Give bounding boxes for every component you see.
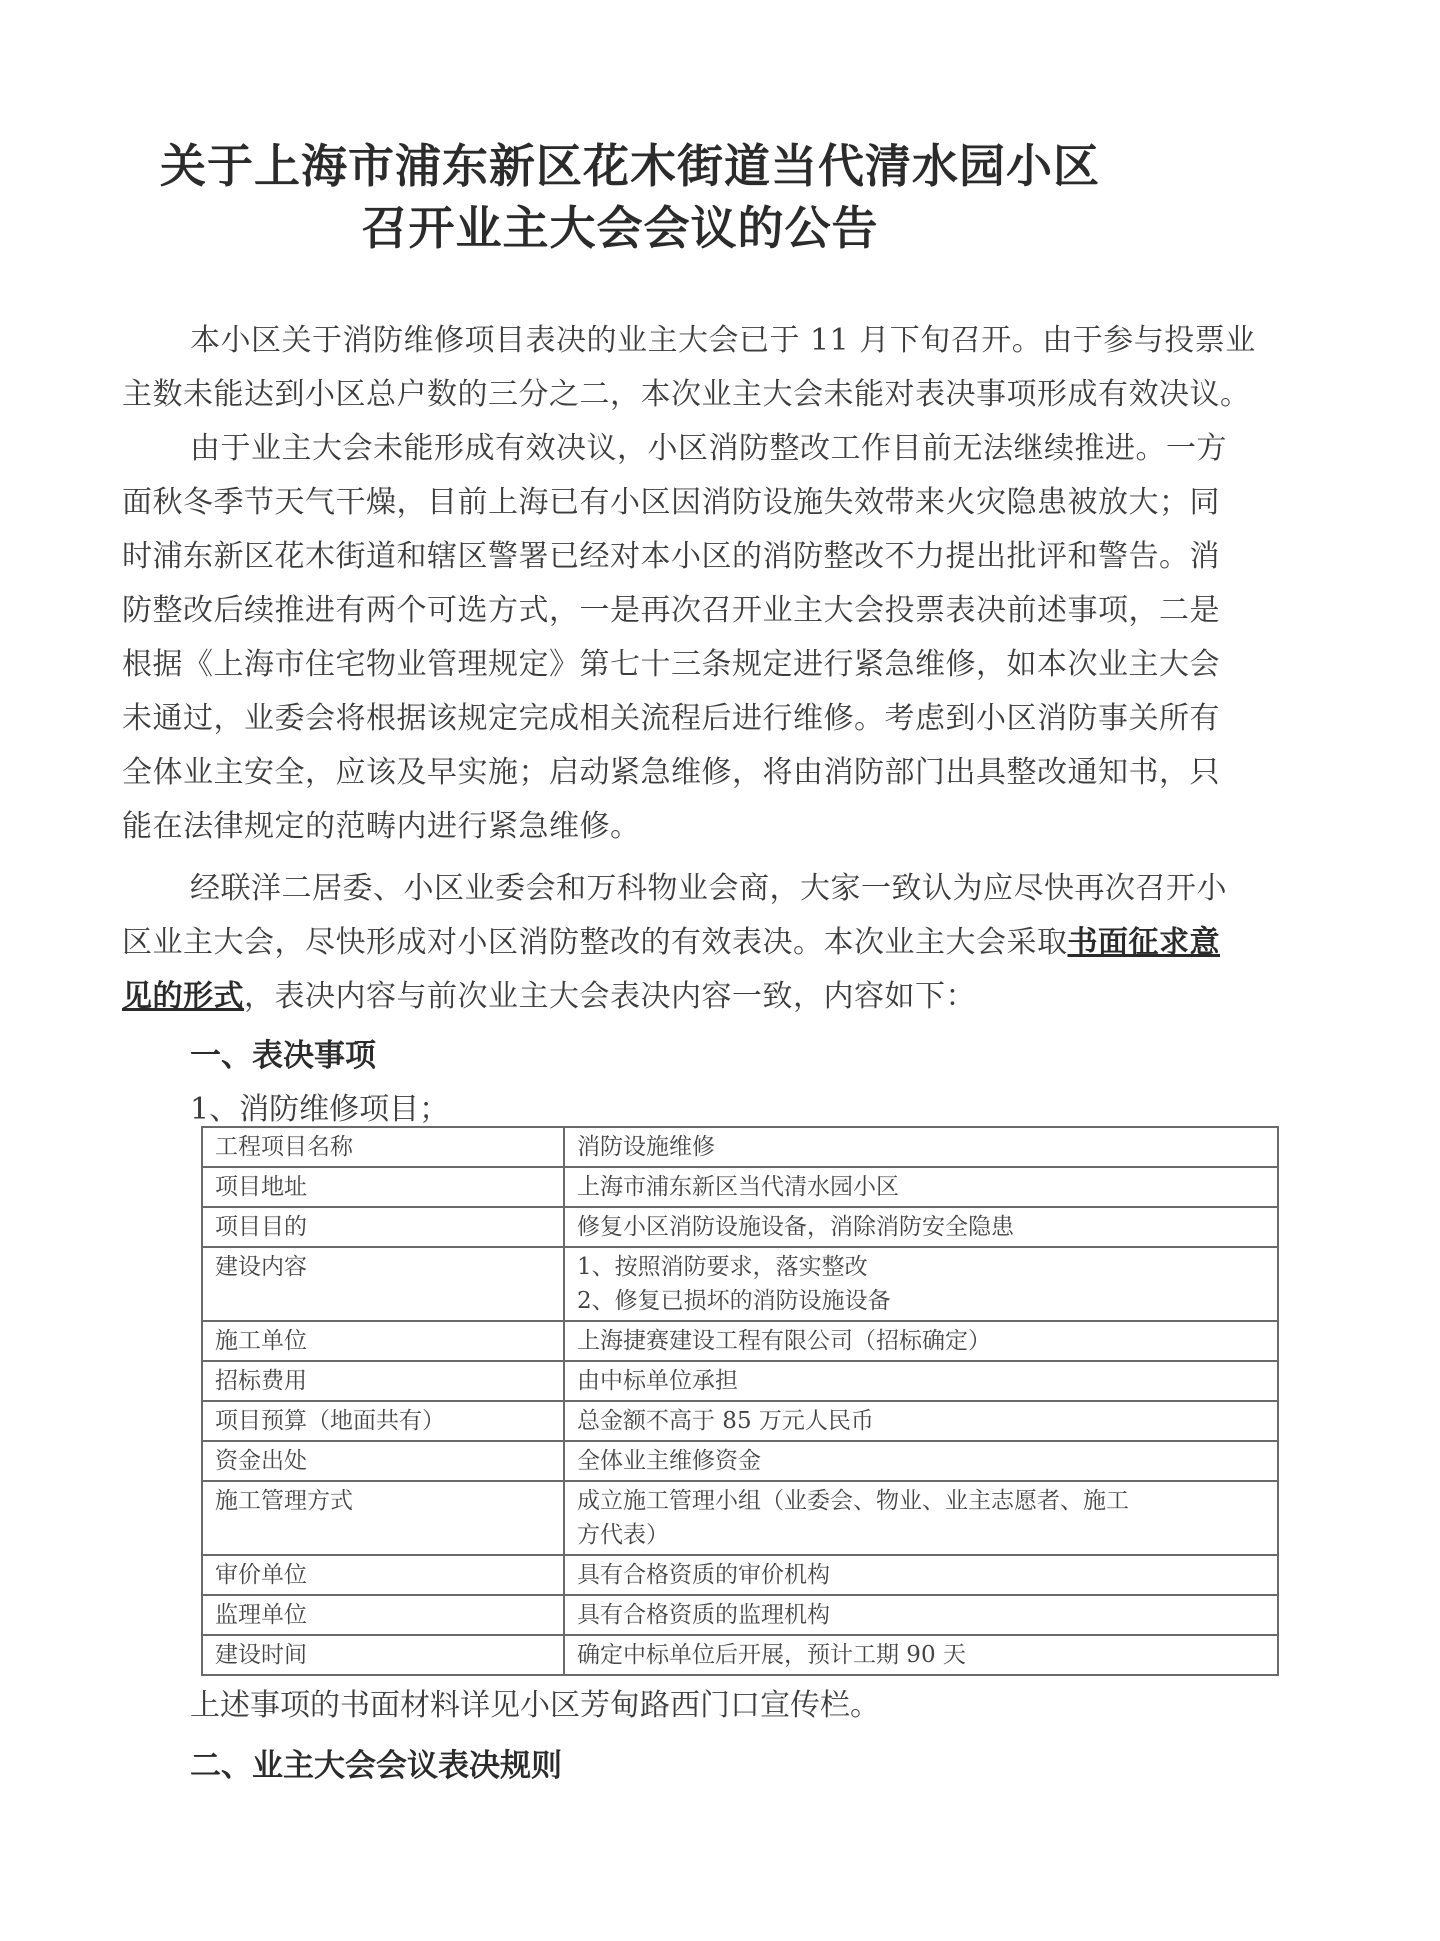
document-title-line1: 关于上海市浦东新区花木街道当代清水园小区 (0, 130, 1350, 196)
document-title-line2: 召开业主大会会议的公告 (0, 192, 1340, 258)
row-key: 施工单位 (202, 1321, 564, 1361)
table-row: 项目目的 修复小区消防设施设备，消除消防安全隐患 (202, 1207, 1278, 1247)
section-1-heading: 一、表决事项 (190, 1030, 376, 1075)
row-value: 上海捷赛建设工程有限公司（招标确定） (564, 1321, 1278, 1361)
table-row: 监理单位 具有合格资质的监理机构 (202, 1595, 1278, 1635)
row-value-line: 2、修复已损坏的消防设施设备 (577, 1284, 1265, 1318)
paragraph-2-line-2: 面秋冬季节天气干燥，目前上海已有小区因消防设施失效带来火灾隐患被放大；同 (122, 476, 1342, 530)
table-row: 建设内容 1、按照消防要求，落实整改 2、修复已损坏的消防设施设备 (202, 1247, 1278, 1321)
table-row: 建设时间 确定中标单位后开展，预计工期 90 天 (202, 1635, 1278, 1675)
paragraph-3-line-2: 区业主大会，尽快形成对小区消防整改的有效表决。本次业主大会采取书面征求意 (122, 916, 1342, 970)
paragraph-3-line-3: 见的形式，表决内容与前次业主大会表决内容一致，内容如下： (122, 970, 1342, 1024)
row-value: 消防设施维修 (564, 1127, 1278, 1167)
table-row: 施工管理方式 成立施工管理小组（业委会、物业、业主志愿者、施工 方代表） (202, 1481, 1278, 1555)
paragraph-2-line-7: 全体业主安全，应该及早实施；启动紧急维修，将由消防部门出具整改通知书，只 (122, 746, 1342, 800)
row-key: 施工管理方式 (202, 1481, 564, 1555)
row-key: 工程项目名称 (202, 1127, 564, 1167)
table-row: 项目地址 上海市浦东新区当代清水园小区 (202, 1167, 1278, 1207)
row-key: 项目地址 (202, 1167, 564, 1207)
table-row: 工程项目名称 消防设施维修 (202, 1127, 1278, 1167)
table-row: 项目预算（地面共有） 总金额不高于 85 万元人民币 (202, 1401, 1278, 1441)
row-key: 资金出处 (202, 1441, 564, 1481)
paragraph-3-line-3-text: ，表决内容与前次业主大会表决内容一致，内容如下： (244, 979, 976, 1014)
project-spec-table: 工程项目名称 消防设施维修 项目地址 上海市浦东新区当代清水园小区 项目目的 修… (201, 1126, 1279, 1676)
document-page: 关于上海市浦东新区花木街道当代清水园小区 召开业主大会会议的公告 本小区关于消防… (0, 0, 1440, 1941)
paragraph-3-line-1: 经联洋二居委、小区业委会和万科物业会商，大家一致认为应尽快再次召开小 (190, 862, 1410, 916)
paragraph-2-line-3: 时浦东新区花木街道和辖区警署已经对本小区的消防整改不力提出批评和警告。消 (122, 530, 1342, 584)
row-value: 上海市浦东新区当代清水园小区 (564, 1167, 1278, 1207)
table-row: 招标费用 由中标单位承担 (202, 1361, 1278, 1401)
table-row: 施工单位 上海捷赛建设工程有限公司（招标确定） (202, 1321, 1278, 1361)
paragraph-2-line-5: 根据《上海市住宅物业管理规定》第七十三条规定进行紧急维修，如本次业主大会 (122, 638, 1342, 692)
row-value-line: 1、按照消防要求，落实整改 (577, 1250, 1265, 1284)
row-value: 具有合格资质的审价机构 (564, 1555, 1278, 1595)
row-key: 建设内容 (202, 1247, 564, 1321)
row-value: 总金额不高于 85 万元人民币 (564, 1401, 1278, 1441)
paragraph-1-line-2: 主数未能达到小区总户数的三分之二，本次业主大会未能对表决事项形成有效决议。 (122, 368, 1342, 422)
row-key: 招标费用 (202, 1361, 564, 1401)
row-value: 确定中标单位后开展，预计工期 90 天 (564, 1635, 1278, 1675)
row-value: 全体业主维修资金 (564, 1441, 1278, 1481)
row-key: 审价单位 (202, 1555, 564, 1595)
item-1-label: 1、消防维修项目； (190, 1084, 449, 1128)
row-value-line: 成立施工管理小组（业委会、物业、业主志愿者、施工 (577, 1484, 1265, 1518)
section-2-heading: 二、业主大会会议表决规则 (190, 1740, 562, 1785)
emphasis-form: 见的形式 (122, 979, 244, 1014)
paragraph-2-line-8: 能在法律规定的范畴内进行紧急维修。 (122, 800, 1342, 854)
paragraph-2-line-4: 防整改后续推进有两个可选方式，一是再次召开业主大会投票表决前述事项，二是 (122, 584, 1342, 638)
row-key: 监理单位 (202, 1595, 564, 1635)
row-value: 成立施工管理小组（业委会、物业、业主志愿者、施工 方代表） (564, 1481, 1278, 1555)
row-key: 项目目的 (202, 1207, 564, 1247)
table-row: 资金出处 全体业主维修资金 (202, 1441, 1278, 1481)
row-key: 项目预算（地面共有） (202, 1401, 564, 1441)
row-value: 修复小区消防设施设备，消除消防安全隐患 (564, 1207, 1278, 1247)
paragraph-2-line-1: 由于业主大会未能形成有效决议，小区消防整改工作目前无法继续推进。一方 (190, 422, 1410, 476)
paragraph-1-line-1: 本小区关于消防维修项目表决的业主大会已于 11 月下旬召开。由于参与投票业 (190, 314, 1410, 368)
emphasis-written-consultation: 书面征求意 (1068, 925, 1221, 960)
paragraph-3-line-2-text: 区业主大会，尽快形成对小区消防整改的有效表决。本次业主大会采取 (122, 925, 1068, 960)
row-value-line: 方代表） (577, 1518, 1265, 1552)
row-key: 建设时间 (202, 1635, 564, 1675)
table-row: 审价单位 具有合格资质的审价机构 (202, 1555, 1278, 1595)
materials-note: 上述事项的书面材料详见小区芳甸路西门口宣传栏。 (190, 1680, 880, 1724)
row-value: 具有合格资质的监理机构 (564, 1595, 1278, 1635)
row-value: 1、按照消防要求，落实整改 2、修复已损坏的消防设施设备 (564, 1247, 1278, 1321)
paragraph-2-line-6: 未通过，业委会将根据该规定完成相关流程后进行维修。考虑到小区消防事关所有 (122, 692, 1342, 746)
row-value: 由中标单位承担 (564, 1361, 1278, 1401)
